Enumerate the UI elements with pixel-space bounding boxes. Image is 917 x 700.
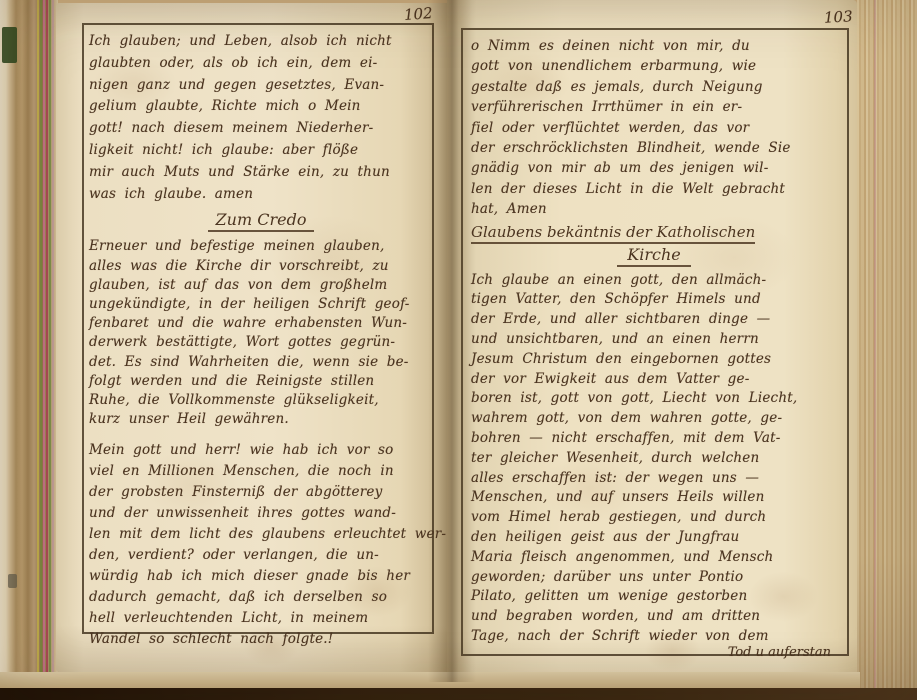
manuscript-line: gestalte daß es jemals, durch Neigung xyxy=(471,77,837,97)
manuscript-line: mir auch Muts und Stärke ein, zu thun xyxy=(89,162,433,184)
manuscript-line: hat, Amen xyxy=(471,199,837,219)
manuscript-line: gott von unendlichem erbarmung, wie xyxy=(471,56,837,76)
manuscript-line: vom Himel herab gestiegen, und durch xyxy=(471,508,837,528)
manuscript-line: o Nimm es deinen nicht von mir, du xyxy=(471,36,837,56)
manuscript-line: wahrem gott, von dem wahren gotte, ge- xyxy=(471,409,837,429)
heading-zum-credo-wrap: Zum Credo xyxy=(89,210,433,232)
manuscript-line: fiel oder verflüchtet werden, das vor xyxy=(471,118,837,138)
page-number-left: 102 xyxy=(403,4,433,24)
edge-green-patch xyxy=(2,27,17,63)
manuscript-paragraph: Erneuer und befestige meinen glauben,all… xyxy=(89,237,433,429)
manuscript-line: verführerischen Irrthümer in ein er- xyxy=(471,97,837,117)
manuscript-line: Pilato, gelitten um wenige gestorben xyxy=(471,587,837,607)
manuscript-line: boren ist, gott von gott, Liecht von Lie… xyxy=(471,389,837,409)
manuscript-line: Ich glaube an einen gott, den allmäch- xyxy=(471,271,837,291)
manuscript-line: Erneuer und befestige meinen glauben, xyxy=(89,237,433,256)
edge-streak xyxy=(37,0,39,692)
left-page: Ich glauben; und Leben, alsob ich nichtg… xyxy=(56,3,447,672)
heading-glaubensbekenntnis-line2: Kirche xyxy=(617,245,690,267)
manuscript-paragraph: Ich glauben; und Leben, alsob ich nichtg… xyxy=(89,31,433,205)
manuscript-line: derwerk bestättigte, Wort gottes gegrün- xyxy=(89,333,433,352)
fore-edge-right xyxy=(857,0,917,694)
manuscript-line: Mein gott und herr! wie hab ich vor so xyxy=(89,440,433,461)
manuscript-line: Maria fleisch angenommen, und Mensch xyxy=(471,548,837,568)
catchword: Tod u auferstan xyxy=(471,645,837,660)
manuscript-line: len der dieses Licht in die Welt gebrach… xyxy=(471,179,837,199)
manuscript-line: und der unwissenheit ihres gottes wand- xyxy=(89,503,433,524)
manuscript-line: und begraben worden, und am dritten xyxy=(471,607,837,627)
book-cover-bottom xyxy=(0,688,917,700)
edge-dark-patch xyxy=(8,574,17,588)
manuscript-line: alles was die Kirche dir vorschreibt, zu xyxy=(89,257,433,276)
edge-streak xyxy=(49,0,51,692)
fore-edge-streak xyxy=(874,0,876,694)
manuscript-line: glauben, ist auf das von dem großhelm xyxy=(89,276,433,295)
heading-glaubensbekenntnis-line1: Glaubens bekäntnis der Katholischen xyxy=(471,223,755,244)
manuscript-line: und unsichtbaren, und an einen herrn xyxy=(471,330,837,350)
manuscript-line: viel en Millionen Menschen, die noch in xyxy=(89,461,433,482)
manuscript-line: dadurch gemacht, daß ich derselben so xyxy=(89,587,433,608)
manuscript-line: hell verleuchtenden Licht, in meinem xyxy=(89,608,433,629)
right-page-text: o Nimm es deinen nicht von mir, dugott v… xyxy=(471,36,837,660)
manuscript-line: ter gleicher Wesenheit, durch welchen xyxy=(471,449,837,469)
manuscript-line: det. Es sind Wahrheiten die, wenn sie be… xyxy=(89,353,433,372)
manuscript-line: geworden; darüber uns unter Pontio xyxy=(471,568,837,588)
manuscript-paragraph: Mein gott und herr! wie hab ich vor sovi… xyxy=(89,440,433,650)
manuscript-line: Wandel so schlecht nach folgte.! xyxy=(89,629,433,650)
manuscript-line: würdig hab ich mich dieser gnade bis her xyxy=(89,566,433,587)
manuscript-line: ungekündigte, in der heiligen Schrift ge… xyxy=(89,295,433,314)
manuscript-line: den, verdient? oder verlangen, die un- xyxy=(89,545,433,566)
manuscript-line: gott! nach diesem meinem Niederher- xyxy=(89,118,433,140)
manuscript-line: der erschröcklichsten Blindheit, wende S… xyxy=(471,138,837,158)
manuscript-line: Ich glauben; und Leben, alsob ich nicht xyxy=(89,31,433,53)
manuscript-line: der vor Ewigkeit aus dem Vatter ge- xyxy=(471,370,837,390)
manuscript-paragraph: o Nimm es deinen nicht von mir, dugott v… xyxy=(471,36,837,220)
manuscript-line: tigen Vatter, den Schöpfer Himels und xyxy=(471,290,837,310)
manuscript-photo: Ich glauben; und Leben, alsob ich nichtg… xyxy=(0,0,917,700)
manuscript-line: gelium glaubte, Richte mich o Mein xyxy=(89,96,433,118)
manuscript-line: der grobsten Finsterniß der abgötterey xyxy=(89,482,433,503)
heading-glaubensbekenntnis-line1-wrap: Glaubens bekäntnis der Katholischen xyxy=(471,220,837,244)
manuscript-line: alles erschaffen ist: der wegen uns — xyxy=(471,469,837,489)
edge-streak xyxy=(46,0,48,692)
manuscript-line: Menschen, und auf unsers Heils willen xyxy=(471,488,837,508)
page-number-right: 103 xyxy=(824,7,854,26)
edge-streak xyxy=(52,0,54,692)
manuscript-line: bohren — nicht erschaffen, mit dem Vat- xyxy=(471,429,837,449)
manuscript-line: nigen ganz und gegen gesetztes, Evan- xyxy=(89,75,433,97)
manuscript-line: glaubten oder, als ob ich ein, dem ei- xyxy=(89,53,433,75)
manuscript-line: folgt werden und die Reinigste stillen xyxy=(89,372,433,391)
right-page: o Nimm es deinen nicht von mir, dugott v… xyxy=(447,0,857,678)
manuscript-line: Ruhe, die Vollkommenste glükseligkeit, xyxy=(89,391,433,410)
edge-streak xyxy=(40,0,42,692)
manuscript-line: Jesum Christum den eingebornen gottes xyxy=(471,350,837,370)
manuscript-line: der Erde, und aller sichtbaren dinge — xyxy=(471,310,837,330)
manuscript-line: len mit dem licht des glaubens erleuchte… xyxy=(89,524,433,545)
heading-glaubensbekenntnis-line2-wrap: Kirche xyxy=(471,244,837,267)
manuscript-line: kurz unser Heil gewähren. xyxy=(89,410,433,429)
edge-streak xyxy=(43,0,45,692)
manuscript-paragraph-creed: Ich glaube an einen gott, den allmäch-ti… xyxy=(471,271,837,647)
manuscript-line: ligkeit nicht! ich glaube: aber flöße xyxy=(89,140,433,162)
left-page-text: Ich glauben; und Leben, alsob ich nichtg… xyxy=(89,31,433,650)
manuscript-line: gnädig von mir ab um des jenigen wil- xyxy=(471,158,837,178)
heading-zum-credo: Zum Credo xyxy=(208,210,315,232)
manuscript-line: den heiligen geist aus der Jungfrau xyxy=(471,528,837,548)
manuscript-line: was ich glaube. amen xyxy=(89,184,433,206)
manuscript-line: fenbaret und die wahre erhabensten Wun- xyxy=(89,314,433,333)
